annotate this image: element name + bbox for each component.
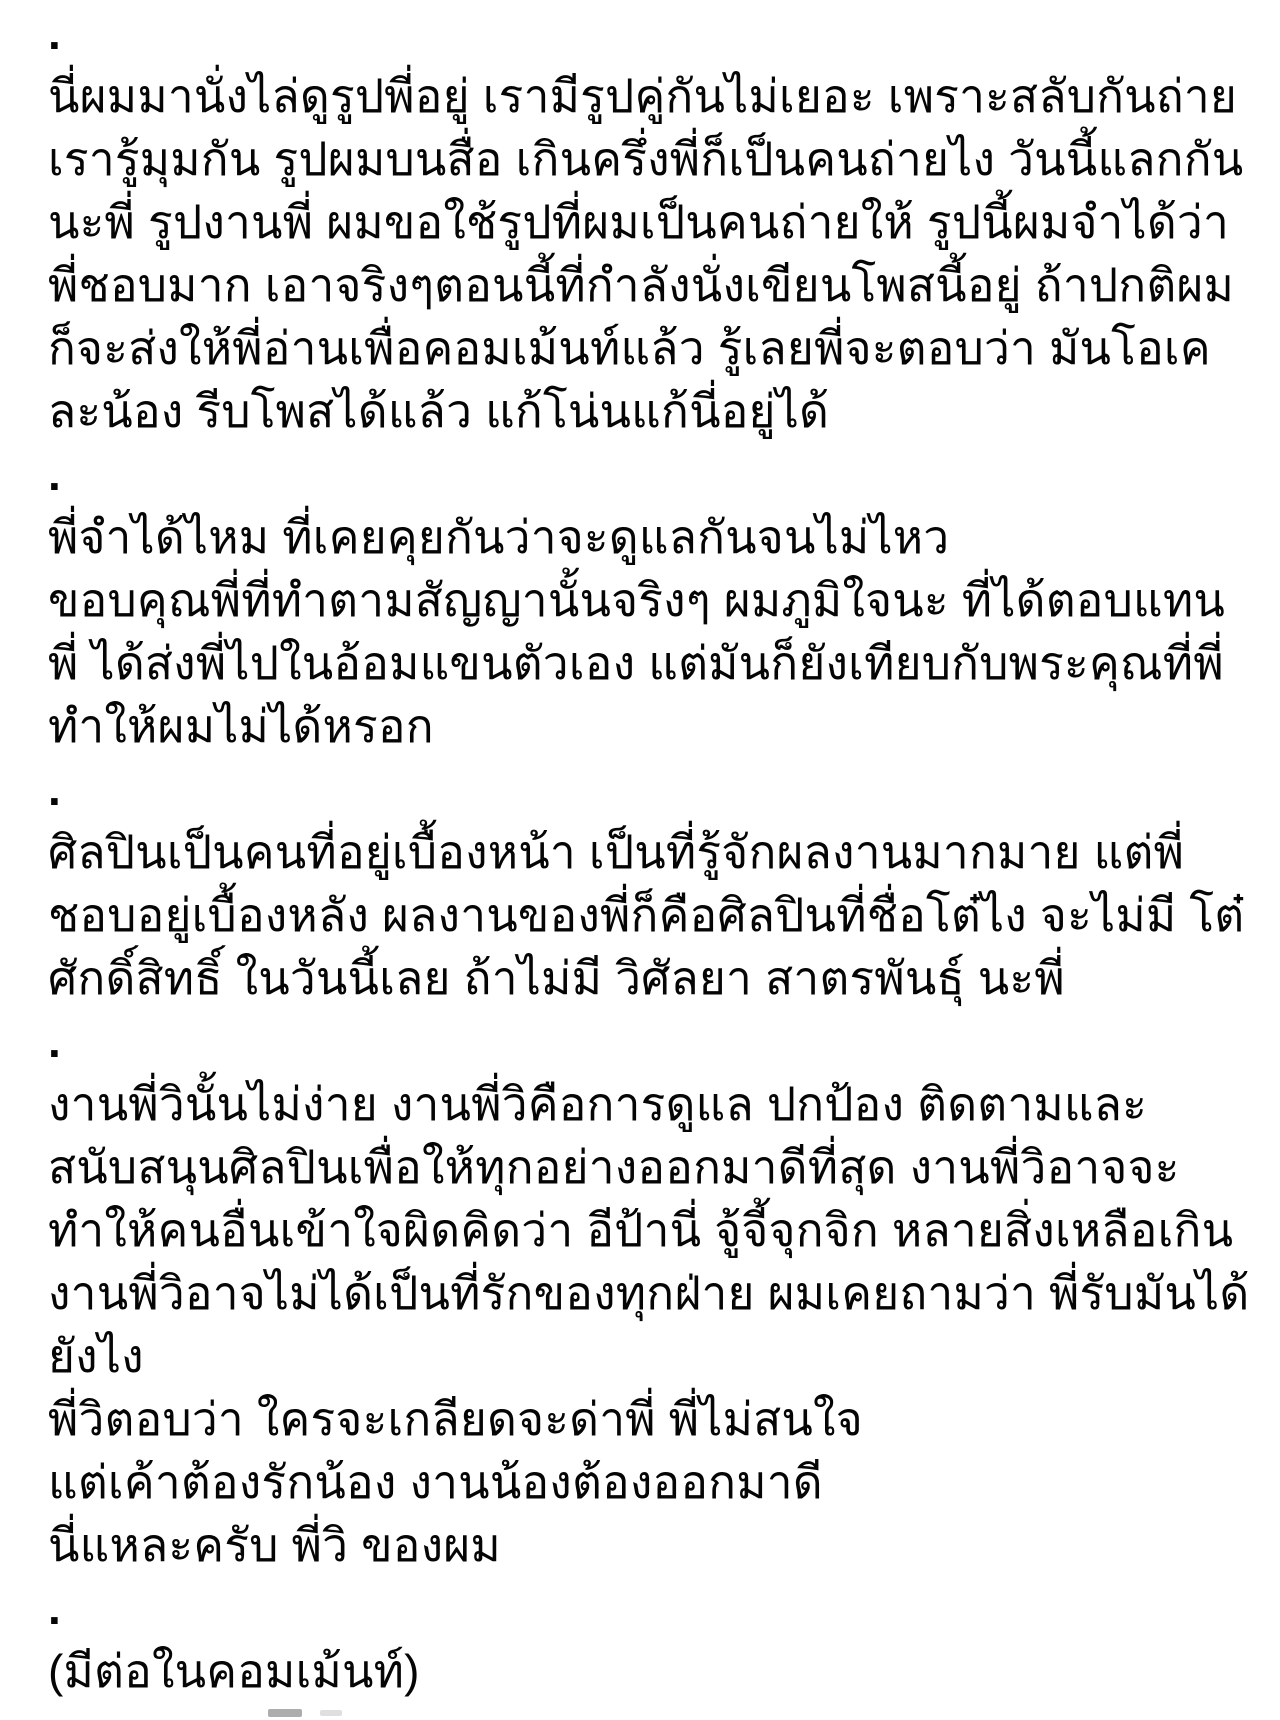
paragraph-separator-dot-2: . xyxy=(48,443,1250,506)
paragraph-separator-dot-4: . xyxy=(48,1010,1250,1073)
post-paragraph-3: ศิลปินเป็นคนที่อยู่เบื้องหน้า เป็นที่รู้… xyxy=(48,821,1250,1010)
post-body: . นี่ผมมานั่งไล่ดูรูปพี่อยู่ เรามีรูปคู่… xyxy=(0,0,1280,1703)
paragraph-separator-dot-3: . xyxy=(48,758,1250,821)
cutoff-next-line-fragment xyxy=(268,1709,302,1717)
post-paragraph-1: นี่ผมมานั่งไล่ดูรูปพี่อยู่ เรามีรูปคู่กั… xyxy=(48,65,1250,443)
post-paragraph-2: พี่จำได้ไหม ที่เคยคุยกันว่าจะดูแลกันจนไม… xyxy=(48,506,1250,758)
paragraph-separator-dot-5: . xyxy=(48,1577,1250,1640)
post-paragraph-4: งานพี่วินั้นไม่ง่าย งานพี่วิคือการดูแล ป… xyxy=(48,1073,1250,1577)
post-continued-in-comments-note: (มีต่อในคอมเม้นท์) xyxy=(48,1640,1250,1703)
paragraph-separator-dot-1: . xyxy=(48,2,1250,65)
